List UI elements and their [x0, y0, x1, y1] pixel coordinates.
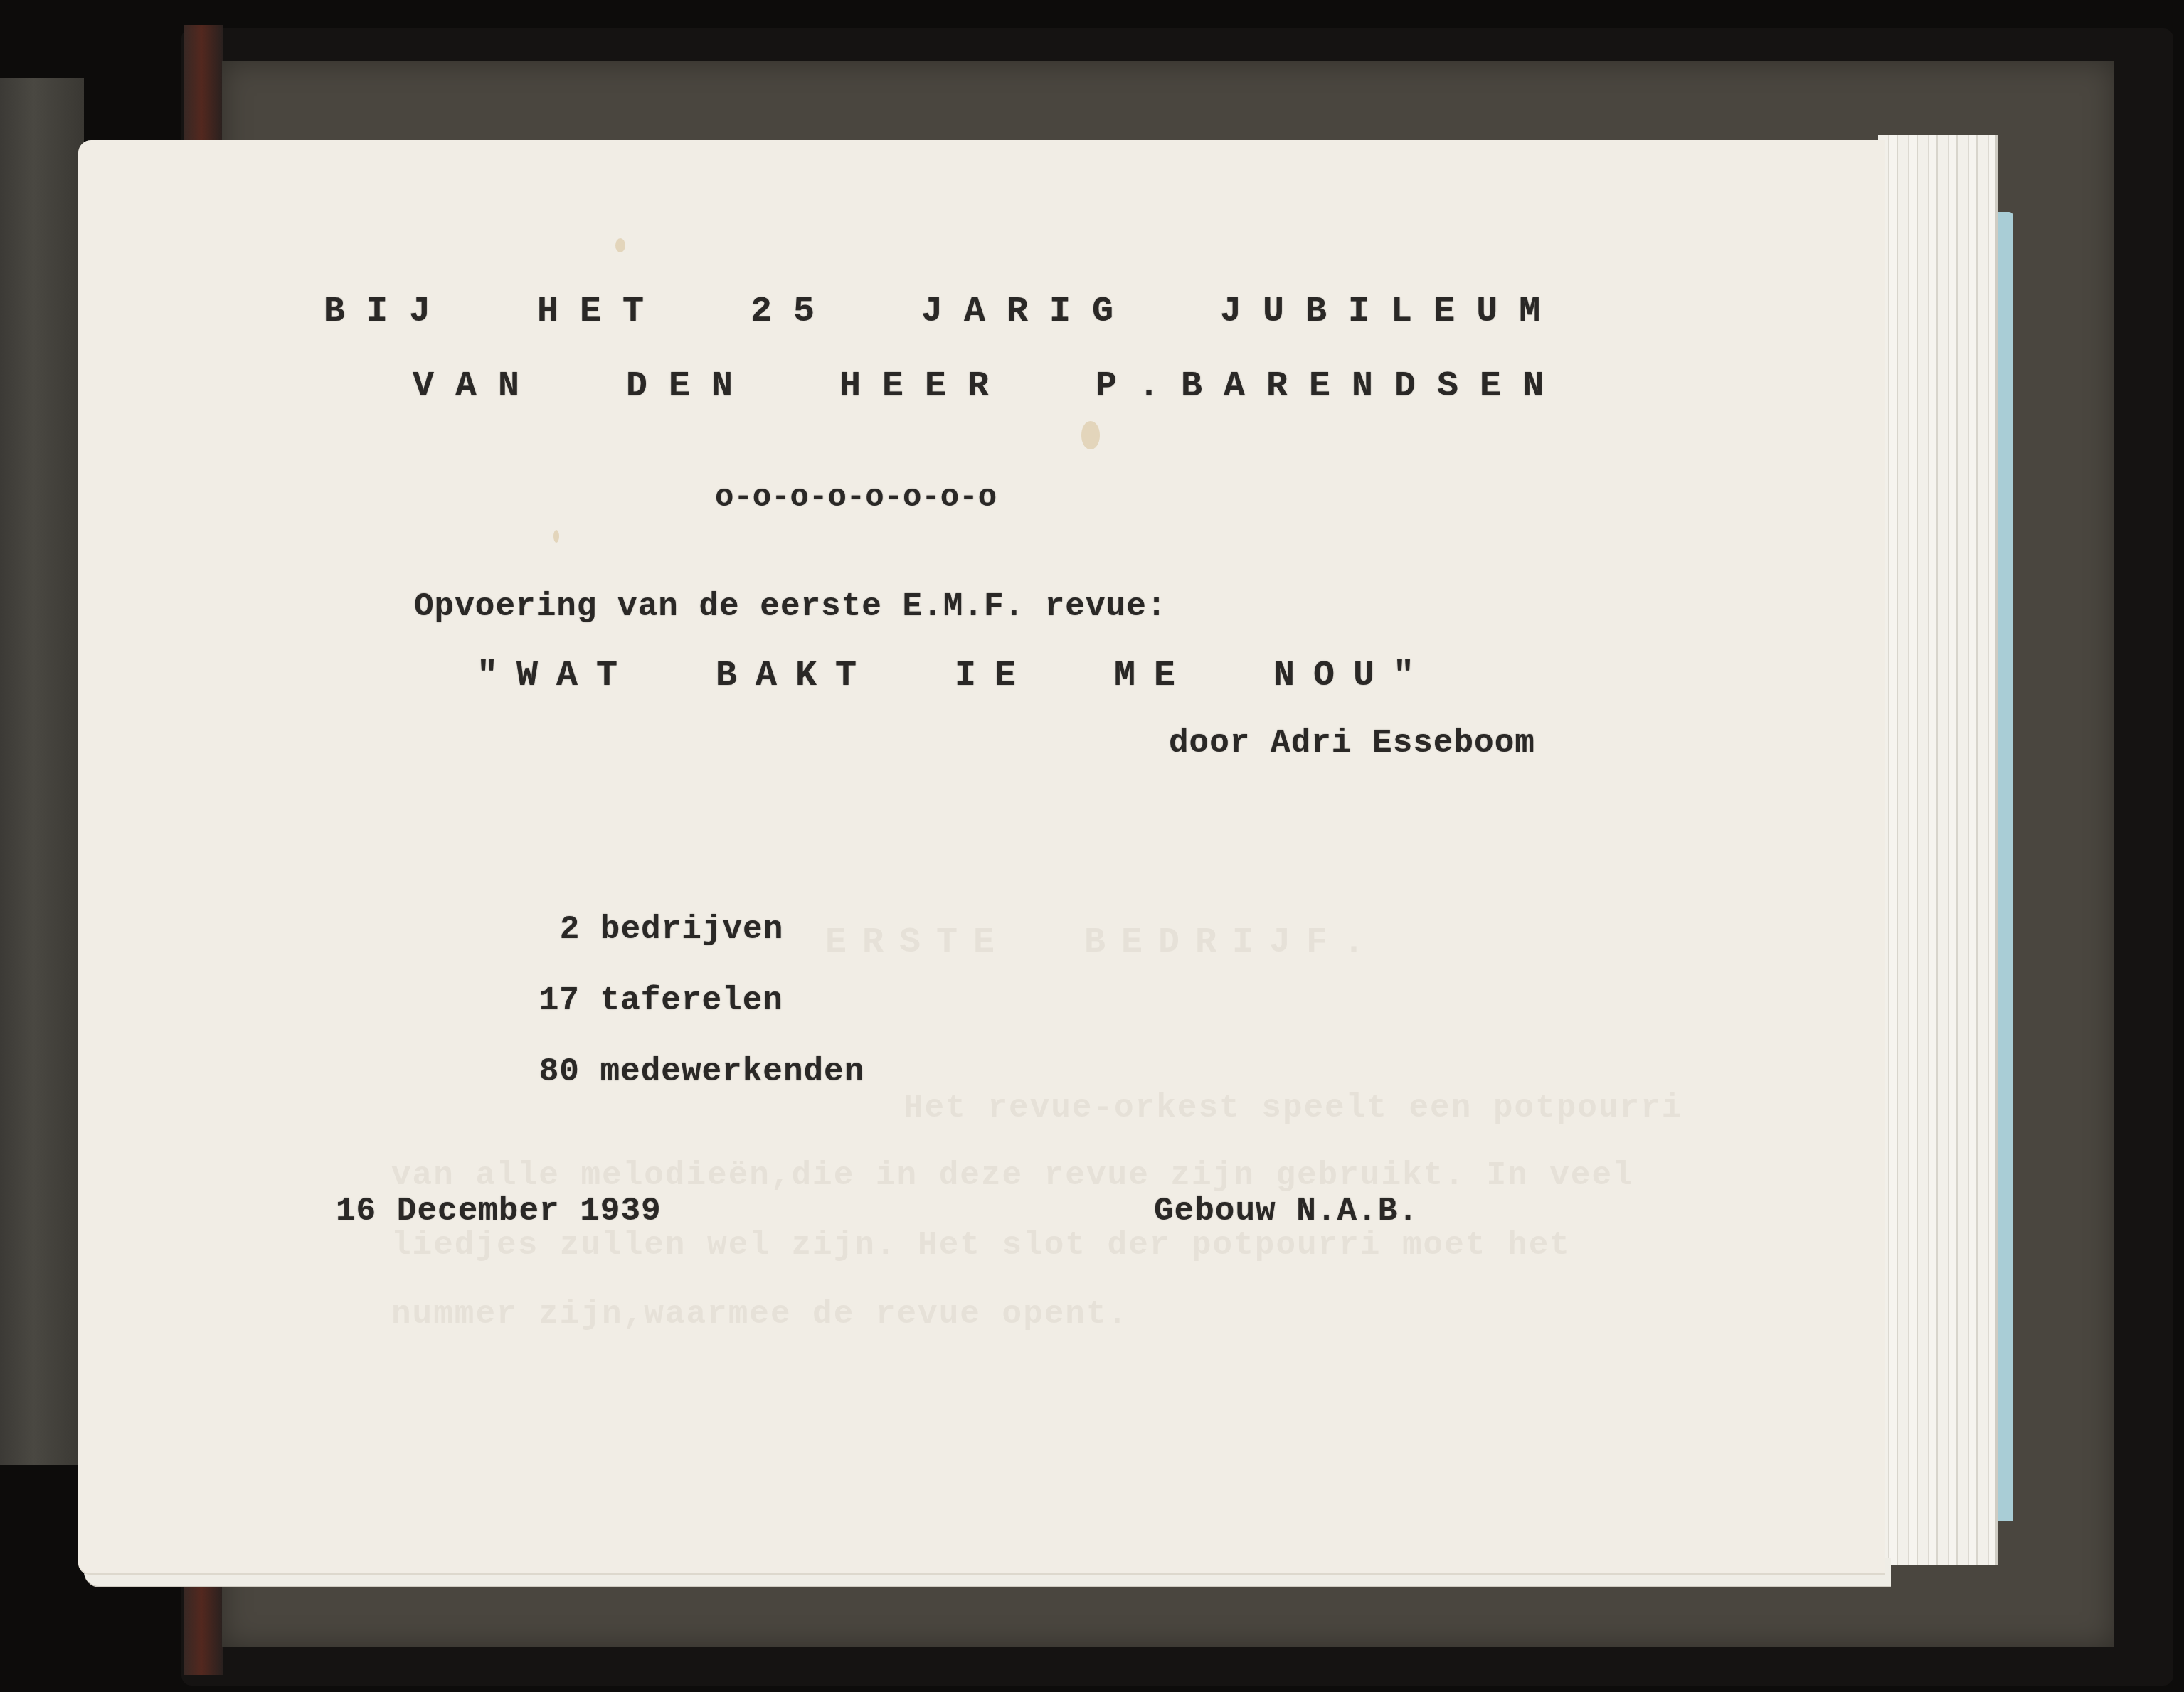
bleed-through-heading: ERSTE BEDRIJF. — [825, 922, 1380, 963]
fact-count: 2 — [560, 911, 581, 948]
fact-label: bedrijven — [600, 911, 783, 948]
paper-stain — [615, 238, 625, 252]
performance-date: 16 December 1939 — [336, 1193, 662, 1230]
intro-line: Opvoering van de eerste E.M.F. revue: — [414, 588, 1167, 625]
header-line-2: VAN DEN HEER P.BARENDSEN — [413, 366, 1565, 407]
revue-title: "WAT BAKT IE ME NOU" — [477, 656, 1433, 696]
paper-stain — [553, 530, 559, 543]
performance-venue: Gebouw N.A.B. — [1154, 1193, 1419, 1230]
bleed-through-line: Het revue-orkest speelt een potpourri — [903, 1090, 1682, 1127]
fact-label: taferelen — [600, 982, 783, 1019]
program-card: ERSTE BEDRIJF. Het revue-orkest speelt e… — [78, 140, 1885, 1573]
bleed-through-line: liedjes zullen wel zijn. Het slot der po… — [391, 1227, 1571, 1264]
fact-count: 17 — [539, 982, 580, 1019]
bleed-through-line: van alle melodieën,die in deze revue zij… — [391, 1157, 1634, 1194]
bleed-through-line: nummer zijn,waarmee de revue opent. — [391, 1296, 1128, 1333]
fact-item: 80 medewerkenden — [417, 1016, 864, 1127]
author-line: door Adri Esseboom — [1169, 725, 1535, 762]
paper-stain — [1081, 421, 1100, 449]
stacked-page-edges — [1878, 135, 1998, 1565]
header-line-1: BIJ HET 25 JARIG JUBILEUM — [324, 292, 1562, 332]
fact-count: 80 — [539, 1053, 580, 1090]
adjacent-album-page — [0, 78, 84, 1465]
fact-label: medewerkenden — [600, 1053, 864, 1090]
ornamental-divider: o-o-o-o-o-o-o-o — [715, 480, 997, 516]
